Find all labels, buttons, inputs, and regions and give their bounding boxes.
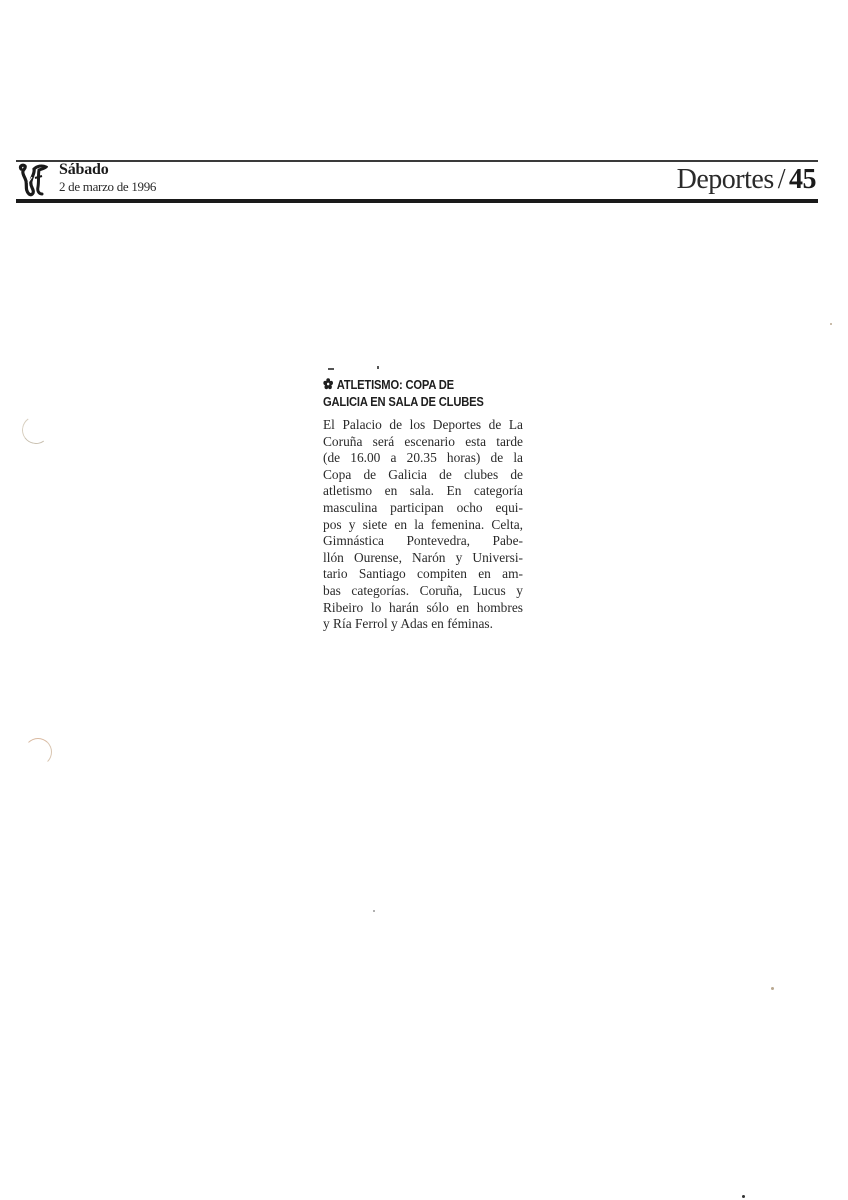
header-bottom-rule [16,199,818,203]
issue-day: Sábado [59,161,109,179]
body-line: Copa de Galicia de clubes de [323,467,523,484]
section-page-label: Deportes/45 [677,163,816,197]
body-line: Coruña será escenario esta tarde [323,434,523,451]
body-line: Gimnástica Pontevedra, Pabe- [323,533,523,550]
header-top-rule [16,160,818,162]
body-line: llón Ourense, Narón y Universi- [323,550,523,567]
body-line: bas categorías. Coruña, Lucus y [323,583,523,600]
issue-date: 2 de marzo de 1996 [59,179,156,195]
headline-line-2: GALICIA EN SALA DE CLUBES [323,393,523,410]
section-separator: / [778,164,785,195]
article-body: El Palacio de los Deportes de La Coruña … [323,417,523,633]
scan-speck [771,987,774,990]
article-headline: ATLETISMO: COPA DE GALICIA EN SALA DE CL… [323,376,523,410]
headline-line-1: ATLETISMO: COPA DE [337,377,454,392]
scan-speck [742,1195,745,1198]
body-line: Ribeiro lo harán sólo en hombres [323,600,523,617]
column-top-specks [323,358,523,376]
body-line: masculina participan ocho equi- [323,500,523,517]
body-line: tario Santiago compiten en am- [323,566,523,583]
flower-bullet-icon [323,377,333,389]
body-line: pos y siete en la femenina. Celta, [323,517,523,534]
punch-hole-mark [20,414,52,446]
page-number: 45 [789,164,816,195]
body-line: (de 16.00 a 20.35 horas) de la [323,450,523,467]
punch-hole-mark [24,738,52,766]
news-brief: ATLETISMO: COPA DE GALICIA EN SALA DE CL… [323,358,523,633]
newspaper-monogram-icon [18,163,48,197]
section-name: Deportes [677,164,774,195]
page-header: Sábado 2 de marzo de 1996 Deportes/45 [16,160,818,203]
body-line: El Palacio de los Deportes de La [323,417,523,434]
body-line: y Ría Ferrol y Adas en féminas. [323,616,523,633]
scan-speck [830,323,832,325]
body-line: atletismo en sala. En categoría [323,483,523,500]
scan-speck [373,910,375,912]
